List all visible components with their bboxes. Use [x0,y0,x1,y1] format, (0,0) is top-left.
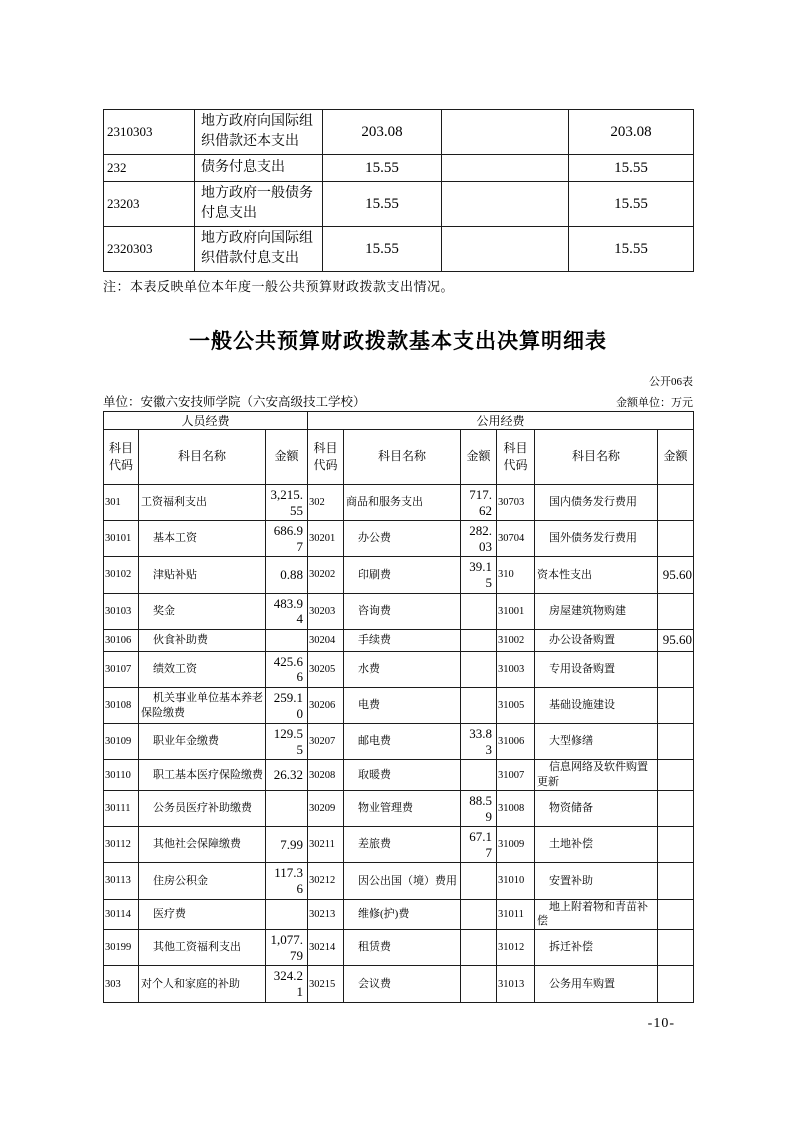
col-header-code: 科目代码 [497,430,535,485]
cell-subject-name: 地方政府一般债务付息支出 [195,182,323,227]
cell-amount [658,966,694,1002]
cell-amount [461,687,497,723]
amount-unit-label: 金额单位：万元 [616,394,693,410]
cell-subject-code: 30704 [497,521,535,557]
cell-amount: 7.99 [266,827,308,863]
cell-subject-code: 30101 [104,521,139,557]
cell-subject-code: 303 [104,966,139,1002]
cell-subject-code: 30213 [308,899,344,930]
cell-amount: 95.60 [658,629,694,651]
cell-amount: 88.59 [461,791,497,827]
cell-amount [461,629,497,651]
cell-subject-code: 30208 [308,760,344,791]
cell-amount: 33.83 [461,724,497,760]
cell-blank [442,110,569,155]
group-header-public: 公用经费 [308,412,694,430]
table-row: 303对个人和家庭的补助324.2130215会议费31013公务用车购置 [104,966,694,1002]
cell-subject-code: 31011 [497,899,535,930]
table-row: 30102津贴补贴0.8830202印刷费39.15310资本性支出95.60 [104,557,694,593]
cell-subject-name: 安置补助 [535,863,658,899]
cell-subject-code: 30108 [104,687,139,723]
cell-amount: 324.21 [266,966,308,1002]
cell-subject-code: 30215 [308,966,344,1002]
cell-amount: 15.55 [323,155,442,182]
cell-amount [266,791,308,827]
cell-subject-name: 工资福利支出 [139,485,266,521]
cell-subject-code: 302 [308,485,344,521]
cell-subject-code: 30703 [497,485,535,521]
table-row: 30113住房公积金117.3630212因公出国（境）费用31010安置补助 [104,863,694,899]
cell-subject-name: 办公设备购置 [535,629,658,651]
cell-amount: 95.60 [658,557,694,593]
cell-subject-name: 津贴补贴 [139,557,266,593]
cell-subject-code: 31010 [497,863,535,899]
cell-subject-name: 绩效工资 [139,651,266,687]
cell-subject-code: 31013 [497,966,535,1002]
cell-subject-code: 31007 [497,760,535,791]
col-header-name: 科目名称 [344,430,461,485]
page-number: -10- [103,1016,693,1032]
cell-blank [442,182,569,227]
cell-amount: 686.97 [266,521,308,557]
cell-amount [658,930,694,966]
cell-amount [461,593,497,629]
col-header-code: 科目代码 [104,430,139,485]
cell-subject-name: 手续费 [344,629,461,651]
cell-subject-code: 30199 [104,930,139,966]
cell-subject-name: 拆迁补偿 [535,930,658,966]
cell-subject-name: 房屋建筑物购建 [535,593,658,629]
cell-subject-code: 31009 [497,827,535,863]
cell-amount [658,724,694,760]
cell-amount: 15.55 [569,182,694,227]
debt-payment-table: 2310303地方政府向国际组织借款还本支出203.08203.08232债务付… [103,109,694,272]
cell-amount: 483.94 [266,593,308,629]
cell-amount [461,760,497,791]
cell-subject-name: 公务员医疗补助缴费 [139,791,266,827]
cell-amount: 717.62 [461,485,497,521]
cell-subject-code: 30204 [308,629,344,651]
column-header-row: 科目代码 科目名称 金额 科目代码 科目名称 金额 科目代码 科目名称 金额 [104,430,694,485]
cell-amount [658,485,694,521]
cell-amount: 3,215.55 [266,485,308,521]
form-number-label: 公开06表 [103,373,693,389]
cell-amount [658,760,694,791]
cell-subject-name: 咨询费 [344,593,461,629]
cell-subject-name: 维修(护)费 [344,899,461,930]
cell-subject-code: 30113 [104,863,139,899]
debt-table-wrapper: 2310303地方政府向国际组织借款还本支出203.08203.08232债务付… [103,109,693,295]
table-row: 30103奖金483.9430203咨询费31001房屋建筑物购建 [104,593,694,629]
cell-subject-name: 职业年金缴费 [139,724,266,760]
cell-amount: 203.08 [569,110,694,155]
table-row: 30114医疗费30213维修(护)费31011地上附着物和青苗补偿 [104,899,694,930]
table-row: 30111公务员医疗补助缴费30209物业管理费88.5931008物资储备 [104,791,694,827]
table-note: 注：本表反映单位本年度一般公共预算财政拨款支出情况。 [103,276,693,295]
cell-subject-name: 其他社会保障缴费 [139,827,266,863]
table-row: 30106伙食补助费30204手续费31002办公设备购置95.60 [104,629,694,651]
page-content: 2310303地方政府向国际组织借款还本支出203.08203.08232债务付… [103,0,693,1032]
cell-subject-code: 30201 [308,521,344,557]
cell-subject-code: 30207 [308,724,344,760]
organization-label: 单位：安徽六安技师学院（六安高级技工学校） [103,392,366,410]
table-row: 23203地方政府一般债务付息支出15.5515.55 [104,182,694,227]
table-row: 30107绩效工资425.6630205水费31003专用设备购置 [104,651,694,687]
page-title: 一般公共预算财政拨款基本支出决算明细表 [103,325,693,355]
cell-subject-code: 2310303 [104,110,195,155]
cell-amount: 15.55 [569,155,694,182]
cell-subject-code: 30212 [308,863,344,899]
cell-subject-name: 商品和服务支出 [344,485,461,521]
cell-amount: 259.10 [266,687,308,723]
cell-amount: 1,077.79 [266,930,308,966]
cell-subject-name: 基本工资 [139,521,266,557]
col-header-amount: 金额 [658,430,694,485]
col-header-amount: 金额 [266,430,308,485]
cell-subject-name: 因公出国（境）费用 [344,863,461,899]
table-row: 30199其他工资福利支出1,077.7930214租赁费31012拆迁补偿 [104,930,694,966]
cell-amount [461,863,497,899]
table-row: 30110职工基本医疗保险缴费26.3230208取暖费31007信息网络及软件… [104,760,694,791]
cell-subject-code: 31001 [497,593,535,629]
cell-subject-name: 基础设施建设 [535,687,658,723]
unit-line: 单位：安徽六安技师学院（六安高级技工学校） 金额单位：万元 [103,392,693,410]
cell-subject-code: 31006 [497,724,535,760]
cell-amount: 282.03 [461,521,497,557]
cell-amount [658,791,694,827]
cell-amount [658,863,694,899]
cell-subject-name: 其他工资福利支出 [139,930,266,966]
table-row: 30108机关事业单位基本养老保险缴费259.1030206电费31005基础设… [104,687,694,723]
cell-subject-name: 物业管理费 [344,791,461,827]
cell-amount: 425.66 [266,651,308,687]
cell-subject-name: 奖金 [139,593,266,629]
col-header-name: 科目名称 [139,430,266,485]
cell-subject-name: 印刷费 [344,557,461,593]
cell-subject-name: 国外债务发行费用 [535,521,658,557]
cell-subject-code: 30202 [308,557,344,593]
table-row: 30112其他社会保障缴费7.9930211差旅费67.1731009土地补偿 [104,827,694,863]
cell-subject-name: 大型修缮 [535,724,658,760]
cell-amount: 15.55 [323,182,442,227]
cell-subject-name: 资本性支出 [535,557,658,593]
cell-amount [266,629,308,651]
table-row: 2310303地方政府向国际组织借款还本支出203.08203.08 [104,110,694,155]
cell-amount [658,651,694,687]
cell-subject-name: 取暖费 [344,760,461,791]
cell-amount [658,593,694,629]
cell-amount [461,930,497,966]
cell-subject-code: 30102 [104,557,139,593]
cell-subject-name: 邮电费 [344,724,461,760]
cell-subject-name: 机关事业单位基本养老保险缴费 [139,687,266,723]
cell-subject-code: 30206 [308,687,344,723]
col-header-amount: 金额 [461,430,497,485]
cell-amount [658,899,694,930]
cell-amount: 15.55 [323,227,442,272]
cell-subject-code: 30107 [104,651,139,687]
cell-subject-code: 2320303 [104,227,195,272]
cell-subject-code: 30111 [104,791,139,827]
cell-amount: 129.55 [266,724,308,760]
cell-subject-name: 地上附着物和青苗补偿 [535,899,658,930]
cell-subject-name: 物资储备 [535,791,658,827]
cell-subject-code: 301 [104,485,139,521]
cell-amount [461,651,497,687]
cell-subject-name: 住房公积金 [139,863,266,899]
basic-expenditure-detail-table: 人员经费 公用经费 科目代码 科目名称 金额 科目代码 科目名称 金额 科目代码… [103,411,694,1003]
cell-amount: 67.17 [461,827,497,863]
cell-subject-code: 31005 [497,687,535,723]
cell-subject-code: 31008 [497,791,535,827]
cell-amount [658,521,694,557]
cell-amount [461,899,497,930]
col-header-code: 科目代码 [308,430,344,485]
cell-amount: 117.36 [266,863,308,899]
cell-subject-name: 土地补偿 [535,827,658,863]
cell-subject-code: 232 [104,155,195,182]
table-row: 301工资福利支出3,215.55302商品和服务支出717.6230703国内… [104,485,694,521]
cell-subject-code: 30110 [104,760,139,791]
cell-subject-code: 30109 [104,724,139,760]
cell-amount [266,899,308,930]
cell-amount: 203.08 [323,110,442,155]
cell-subject-code: 31002 [497,629,535,651]
cell-subject-name: 地方政府向国际组织借款还本支出 [195,110,323,155]
cell-amount [658,687,694,723]
cell-blank [442,227,569,272]
cell-subject-code: 30214 [308,930,344,966]
cell-subject-code: 30211 [308,827,344,863]
cell-subject-code: 31012 [497,930,535,966]
cell-subject-name: 地方政府向国际组织借款付息支出 [195,227,323,272]
table-row: 30109职业年金缴费129.5530207邮电费33.8331006大型修缮 [104,724,694,760]
cell-amount [461,966,497,1002]
cell-amount: 26.32 [266,760,308,791]
cell-subject-name: 办公费 [344,521,461,557]
cell-subject-code: 30209 [308,791,344,827]
cell-amount [658,827,694,863]
cell-subject-code: 30103 [104,593,139,629]
cell-subject-name: 信息网络及软件购置更新 [535,760,658,791]
cell-subject-code: 30205 [308,651,344,687]
table-row: 2320303地方政府向国际组织借款付息支出15.5515.55 [104,227,694,272]
group-header-row: 人员经费 公用经费 [104,412,694,430]
cell-subject-code: 30106 [104,629,139,651]
document-page: 2310303地方政府向国际组织借款还本支出203.08203.08232债务付… [0,0,793,1122]
cell-subject-code: 23203 [104,182,195,227]
cell-subject-code: 30112 [104,827,139,863]
cell-subject-code: 30203 [308,593,344,629]
cell-subject-name: 专用设备购置 [535,651,658,687]
cell-subject-code: 310 [497,557,535,593]
cell-subject-name: 水费 [344,651,461,687]
cell-amount: 0.88 [266,557,308,593]
cell-subject-name: 会议费 [344,966,461,1002]
cell-subject-name: 国内债务发行费用 [535,485,658,521]
cell-subject-name: 公务用车购置 [535,966,658,1002]
cell-amount: 39.15 [461,557,497,593]
cell-subject-name: 电费 [344,687,461,723]
cell-subject-name: 伙食补助费 [139,629,266,651]
cell-subject-name: 职工基本医疗保险缴费 [139,760,266,791]
cell-subject-name: 债务付息支出 [195,155,323,182]
cell-subject-name: 差旅费 [344,827,461,863]
cell-subject-code: 31003 [497,651,535,687]
cell-blank [442,155,569,182]
cell-amount: 15.55 [569,227,694,272]
cell-subject-name: 对个人和家庭的补助 [139,966,266,1002]
cell-subject-code: 30114 [104,899,139,930]
col-header-name: 科目名称 [535,430,658,485]
table-row: 30101基本工资686.9730201办公费282.0330704国外债务发行… [104,521,694,557]
table-row: 232债务付息支出15.5515.55 [104,155,694,182]
cell-subject-name: 租赁费 [344,930,461,966]
group-header-personnel: 人员经费 [104,412,308,430]
cell-subject-name: 医疗费 [139,899,266,930]
